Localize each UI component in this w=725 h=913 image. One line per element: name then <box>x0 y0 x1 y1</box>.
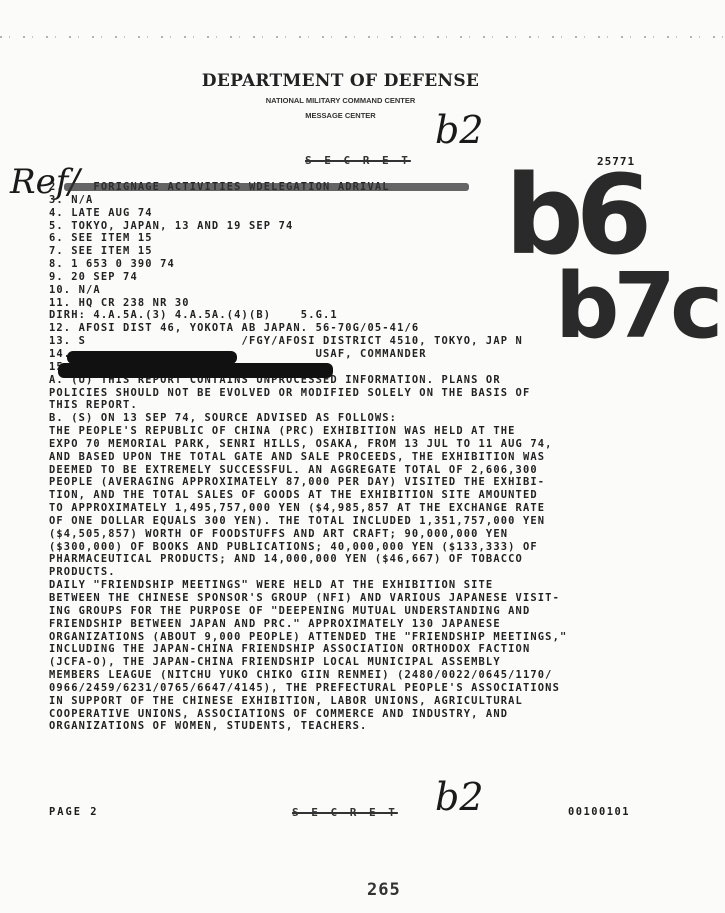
department-title: DEPARTMENT OF DEFENSE <box>0 71 703 91</box>
message-line: PEOPLE (AVERAGING APPROXIMATELY 87,000 P… <box>49 476 689 489</box>
message-line: ORGANIZATIONS OF WOMEN, STUDENTS, TEACHE… <box>49 720 689 733</box>
page-number: PAGE 2 <box>49 806 99 818</box>
message-line: 10. N/A <box>49 284 689 297</box>
message-line: AND BASED UPON THE TOTAL GATE AND SALE P… <box>49 451 689 464</box>
classification-bottom: S E C R E T <box>292 806 398 819</box>
message-line: 6. SEE ITEM 15 <box>49 232 689 245</box>
message-line: TION, AND THE TOTAL SALES OF GOODS AT TH… <box>49 489 689 502</box>
message-line: DAILY "FRIENDSHIP MEETINGS" WERE HELD AT… <box>49 579 689 592</box>
scan-noise <box>0 36 725 38</box>
message-line: BETWEEN THE CHINESE SPONSOR'S GROUP (NFI… <box>49 592 689 605</box>
message-line: 9. 20 SEP 74 <box>49 271 689 284</box>
message-line: THE PEOPLE'S REPUBLIC OF CHINA (PRC) EXH… <box>49 425 689 438</box>
message-line: DEEMED TO BE EXTREMELY SUCCESSFUL. AN AG… <box>49 464 689 477</box>
message-line: ($300,000) OF BOOKS AND PUBLICATIONS; 40… <box>49 541 689 554</box>
message-line: 13. S /FGY/AFOSI DISTRICT 4510, TOKYO, J… <box>49 335 689 348</box>
message-body: 2. FORIGNAGE ACTIVITIES WDELEGATION ADRI… <box>49 181 689 733</box>
message-line: INCLUDING THE JAPAN-CHINA FRIENDSHIP ASS… <box>49 643 689 656</box>
strikeout-subject <box>64 183 469 191</box>
message-line: COOPERATIVE UNIONS, ASSOCIATIONS OF COMM… <box>49 708 689 721</box>
handwritten-b2-bottom: b2 <box>435 775 484 819</box>
message-line: 7. SEE ITEM 15 <box>49 245 689 258</box>
message-line: 11. HQ CR 238 NR 30 <box>49 297 689 310</box>
message-line: PHARMACEUTICAL PRODUCTS; AND 14,000,000 … <box>49 553 689 566</box>
message-line: DIRH: 4.A.5A.(3) 4.A.5A.(4)(B) 5.G.1 <box>49 309 689 322</box>
message-line: MEMBERS LEAGUE (NITCHU YUKO CHIKO GIIN R… <box>49 669 689 682</box>
message-line: ($4,505,857) WORTH OF FOODSTUFFS AND ART… <box>49 528 689 541</box>
message-line: B. (S) ON 13 SEP 74, SOURCE ADVISED AS F… <box>49 412 689 425</box>
message-line: POLICIES SHOULD NOT BE EVOLVED OR MODIFI… <box>49 387 689 400</box>
message-line: OF ONE DOLLAR EQUALS 300 YEN). THE TOTAL… <box>49 515 689 528</box>
handwritten-b2-top: b2 <box>435 108 484 152</box>
command-center-subtitle: NATIONAL MILITARY COMMAND CENTER <box>0 96 703 105</box>
classification-top: S E C R E T <box>305 154 411 167</box>
message-line: (JCFA-O), THE JAPAN-CHINA FRIENDSHIP LOC… <box>49 656 689 669</box>
message-line: ING GROUPS FOR THE PURPOSE OF "DEEPENING… <box>49 605 689 618</box>
message-line: ORGANIZATIONS (ABOUT 9,000 PEOPLE) ATTEN… <box>49 631 689 644</box>
message-line: 4. LATE AUG 74 <box>49 207 689 220</box>
message-line: 3. N/A <box>49 194 689 207</box>
message-line: 0966/2459/6231/0765/6647/4145), THE PREF… <box>49 682 689 695</box>
message-line: 12. AFOSI DIST 46, YOKOTA AB JAPAN. 56-7… <box>49 322 689 335</box>
message-line: TO APPROXIMATELY 1,495,757,000 YEN ($4,9… <box>49 502 689 515</box>
message-line: 5. TOKYO, JAPAN, 13 AND 19 SEP 74 <box>49 220 689 233</box>
message-line: THIS REPORT. <box>49 399 689 412</box>
message-line: PRODUCTS. <box>49 566 689 579</box>
message-line: EXPO 70 MEMORIAL PARK, SENRI HILLS, OSAK… <box>49 438 689 451</box>
document-number: 00100101 <box>568 806 630 818</box>
redaction-block <box>58 363 333 378</box>
message-line: 8. 1 653 0 390 74 <box>49 258 689 271</box>
message-line: IN SUPPORT OF THE CHINESE EXHIBITION, LA… <box>49 695 689 708</box>
message-line: FRIENDSHIP BETWEEN JAPAN AND PRC." APPRO… <box>49 618 689 631</box>
page-stamp-number: 265 <box>367 880 401 900</box>
message-center-subtitle: MESSAGE CENTER <box>0 111 703 120</box>
